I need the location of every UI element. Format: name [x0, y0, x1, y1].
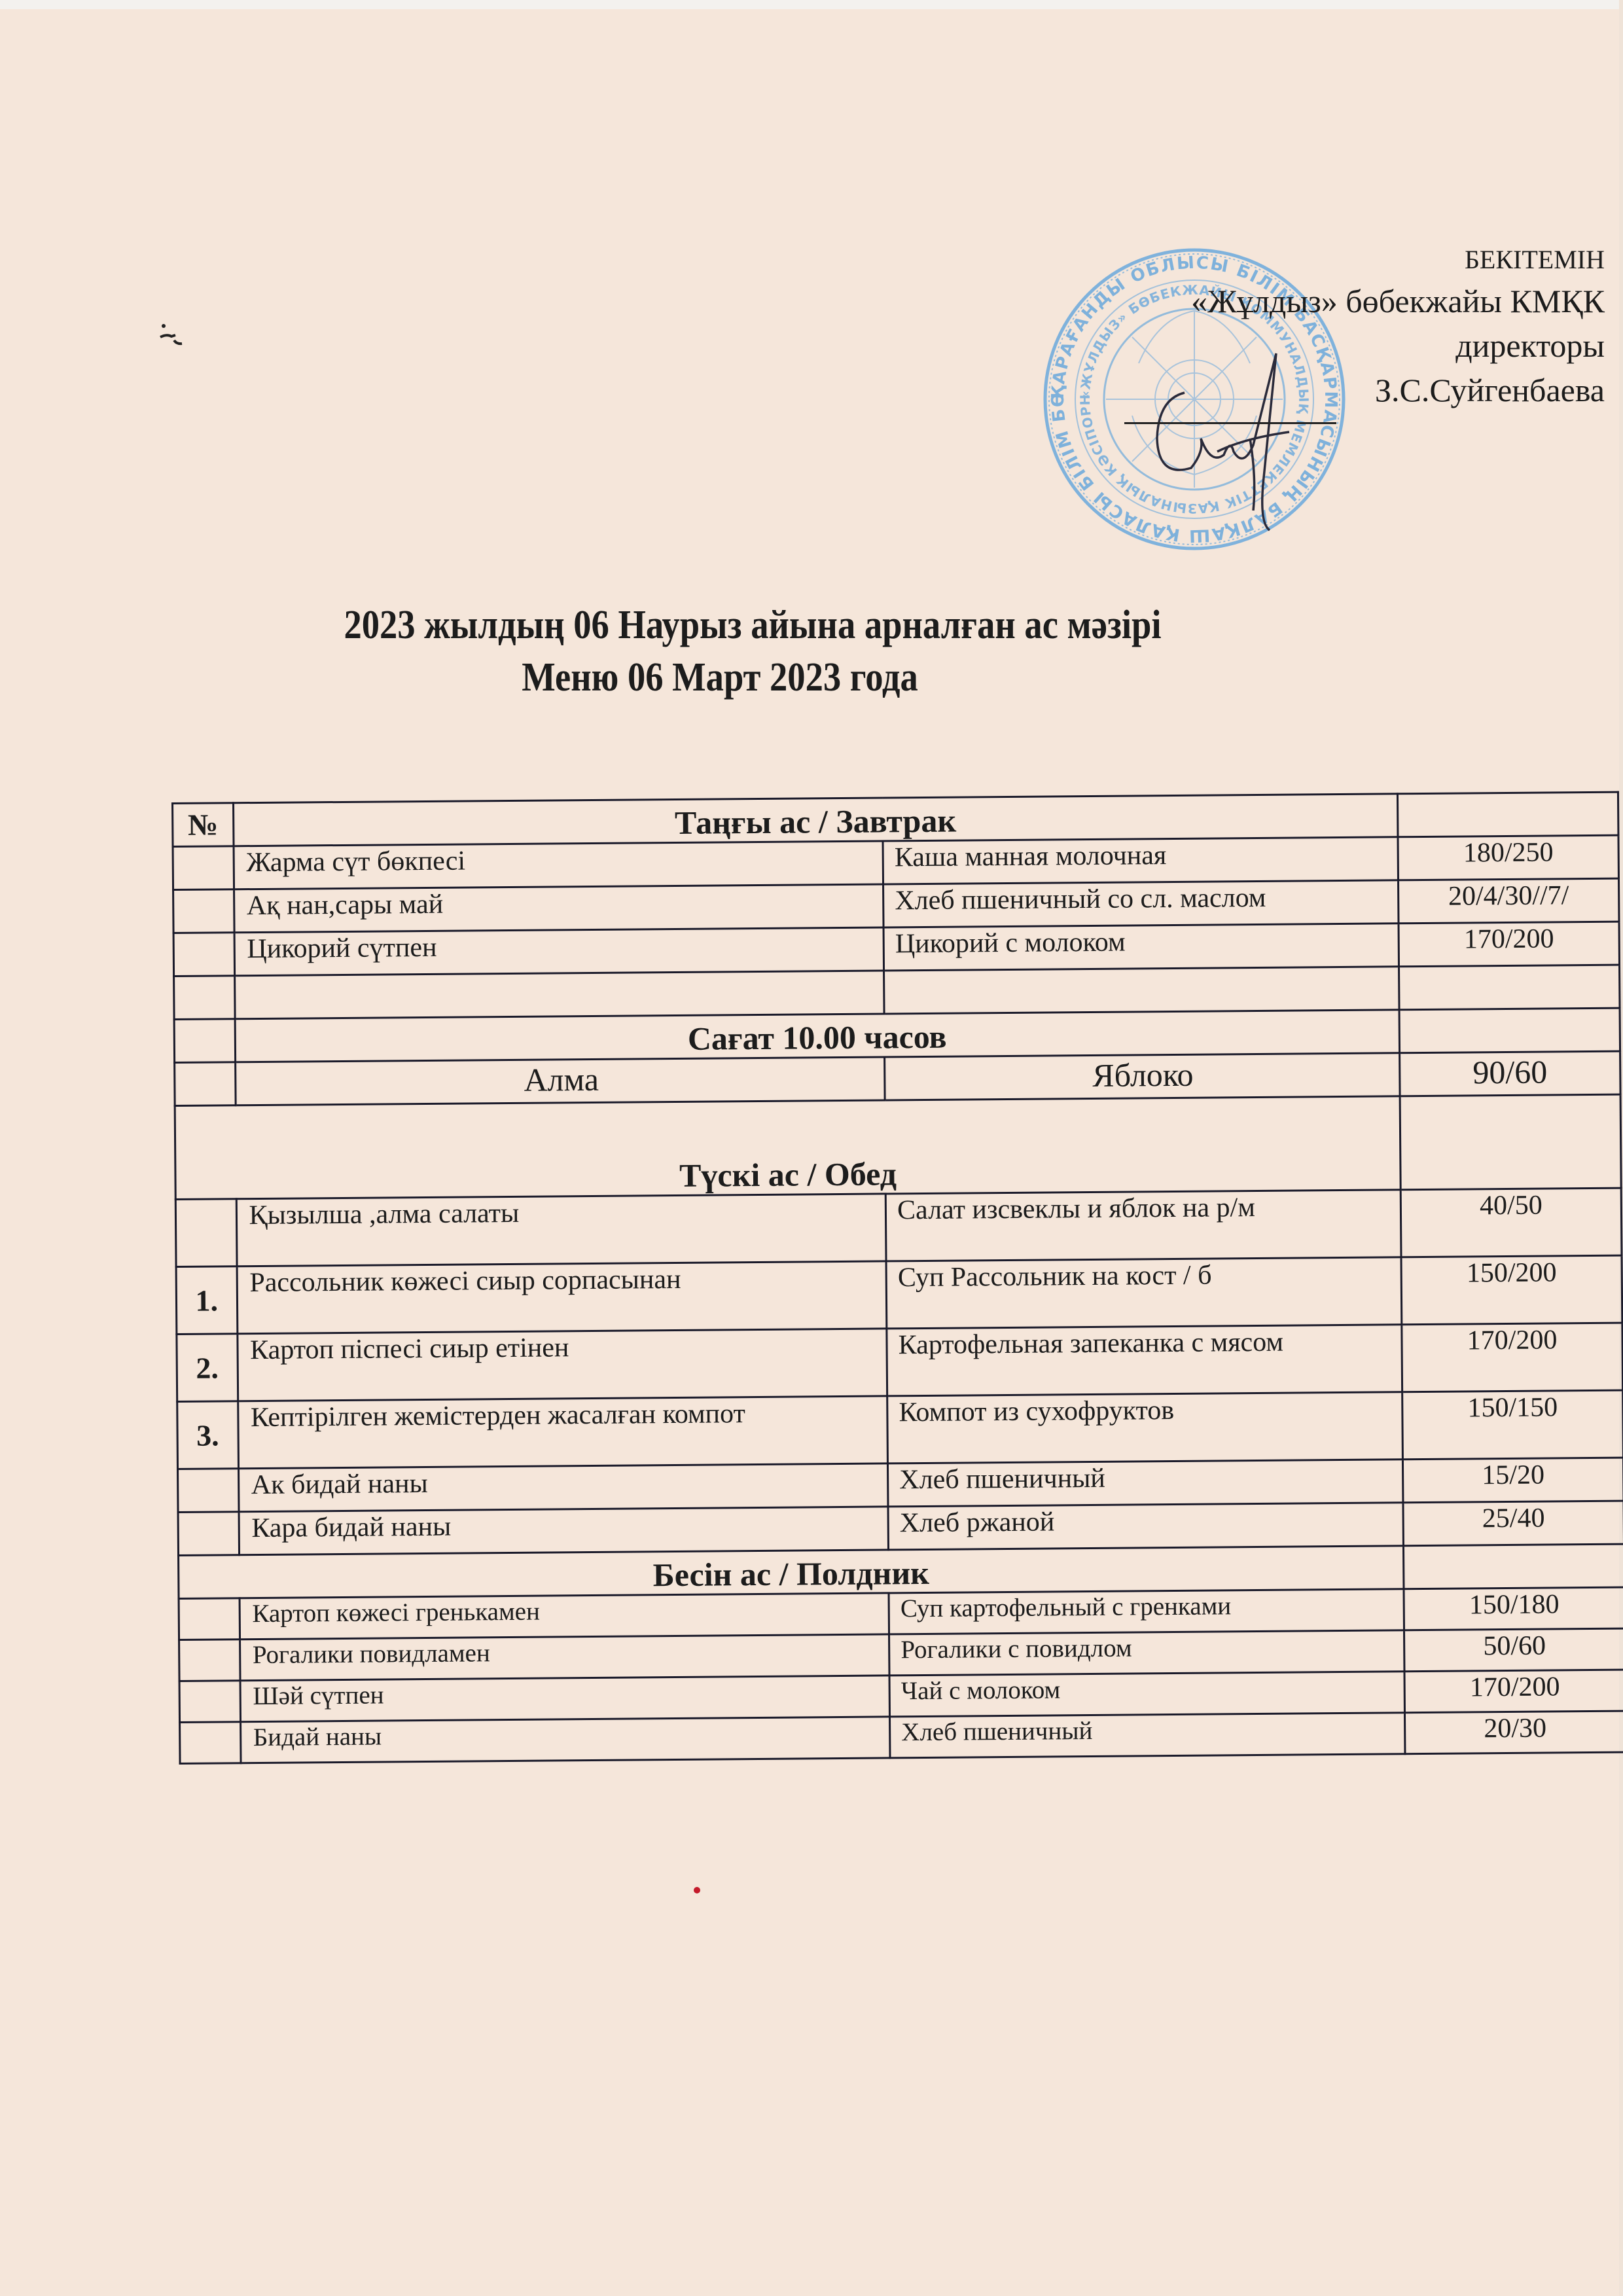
page-title-kz: 2023 жылдың 06 Наурыз айына арналған ас …: [39, 602, 1467, 649]
section-title: Түскі ас / Обед: [175, 1096, 1400, 1200]
quantity-cell: [1397, 792, 1618, 837]
dish-name-kz: Шәй сүтпен: [240, 1676, 890, 1722]
portion-grams: 20/30: [1405, 1711, 1623, 1754]
portion-grams: 20/4/30//7/: [1399, 878, 1619, 924]
dish-name-ru: Хлеб пшеничный: [890, 1713, 1405, 1758]
dish-name-kz: Қызылша ,алма салаты: [236, 1194, 886, 1266]
dish-name-kz: Кара бидай наны: [239, 1507, 889, 1555]
item-number: [180, 1722, 241, 1764]
menu-row: Қызылша ,алма салатыСалат изсвеклы и ябл…: [175, 1188, 1622, 1266]
portion-grams: 90/60: [1400, 1051, 1620, 1096]
dish-name-ru: Компот из сухофруктов: [887, 1392, 1403, 1463]
dish-name-kz: Рассольник көжесі сиыр сорпасынан: [237, 1261, 887, 1334]
approval-block: БЕКІТЕМІН «Жұлдыз» бөбекжайы КМҚК директ…: [1191, 241, 1605, 412]
scan-edge-top: [0, 0, 1623, 9]
dish-name-kz: Ақ нан,сары май: [234, 884, 883, 933]
menu-row: 1.Рассольник көжесі сиыр сорпасынанСуп Р…: [176, 1255, 1622, 1334]
portion-grams: 150/150: [1402, 1390, 1623, 1460]
dish-name-ru: Рогалики с повидлом: [889, 1630, 1404, 1676]
portion-grams: 170/200: [1402, 1323, 1623, 1392]
item-number: [179, 1681, 240, 1723]
dish-name-kz: Картоп піспесі сиыр етінен: [238, 1329, 887, 1401]
scan-artifact: [157, 321, 196, 347]
number-cell: [174, 1019, 235, 1063]
approval-heading: БЕКІТЕМІН: [1191, 241, 1605, 279]
signature-line: [1124, 422, 1336, 424]
item-number: [173, 889, 234, 933]
dish-name-kz: Жарма сүт бөкпесі: [234, 841, 883, 889]
item-number: [177, 1469, 238, 1513]
dish-name-kz: [234, 971, 884, 1019]
item-number: [173, 846, 234, 890]
approval-name: З.С.Суйгенбаева: [1191, 368, 1605, 412]
item-number: [175, 1062, 236, 1106]
item-number: 1.: [176, 1266, 237, 1335]
dish-name-kz: Рогалики повидламен: [240, 1634, 889, 1681]
dish-name-ru: Салат изсвеклы и яблок на р/м: [885, 1190, 1401, 1261]
item-number: 3.: [177, 1401, 238, 1469]
item-number: [179, 1640, 240, 1681]
item-number: [175, 1199, 236, 1267]
item-number: 2.: [177, 1334, 238, 1402]
dish-name-ru: Суп картофельный с гренками: [889, 1589, 1404, 1634]
dish-name-ru: Хлеб ржаной: [888, 1503, 1403, 1550]
quantity-cell: [1399, 1008, 1620, 1053]
item-number: [174, 976, 235, 1020]
dish-name-ru: Цикорий с молоком: [883, 924, 1399, 971]
dish-name-kz: Ак бидай наны: [238, 1463, 888, 1512]
approval-position: директоры: [1191, 323, 1605, 368]
portion-grams: 180/250: [1398, 835, 1618, 880]
dish-name-ru: Суп Рассольник на кост / б: [886, 1257, 1402, 1329]
menu-row: 2.Картоп піспесі сиыр етіненКартофельная…: [177, 1323, 1623, 1401]
page-title-ru: Меню 06 Март 2023 года: [6, 655, 1434, 701]
dish-name-kz: Бидай наны: [240, 1717, 890, 1763]
dish-name-kz: Алма: [235, 1057, 885, 1105]
portion-grams: 150/180: [1404, 1587, 1623, 1630]
dish-name-ru: Хлеб пшеничный: [888, 1460, 1403, 1507]
quantity-cell: [1404, 1544, 1623, 1589]
portion-grams: 150/200: [1401, 1255, 1622, 1325]
dish-name-ru: Чай с молоком: [889, 1672, 1404, 1717]
item-number: [173, 933, 234, 977]
dish-name-ru: [884, 967, 1399, 1014]
approval-organization: «Жұлдыз» бөбекжайы КМҚК: [1191, 279, 1605, 323]
number-column-header: №: [173, 803, 234, 847]
portion-grams: 170/200: [1399, 922, 1619, 967]
dish-name-kz: Цикорий сүтпен: [234, 927, 884, 976]
dish-name-ru: Каша манная молочная: [883, 837, 1398, 884]
quantity-cell: [1400, 1094, 1621, 1190]
dish-name-ru: Картофельная запеканка с мясом: [887, 1325, 1402, 1396]
dish-name-ru: Яблоко: [885, 1053, 1400, 1100]
portion-grams: 50/60: [1404, 1628, 1623, 1672]
dish-name-kz: Кептірілген жемістерден жасалған компот: [238, 1396, 887, 1469]
portion-grams: 170/200: [1404, 1670, 1623, 1713]
portion-grams: 15/20: [1402, 1458, 1623, 1503]
menu-table: №Таңғы ас / ЗавтракЖарма сүт бөкпесіКаша…: [171, 791, 1623, 1765]
portion-grams: 40/50: [1400, 1188, 1622, 1257]
section-header-lunch: Түскі ас / Обед: [175, 1094, 1621, 1199]
item-number: [178, 1512, 239, 1556]
ink-dot: [694, 1887, 700, 1893]
dish-name-ru: Хлеб пшеничный со сл. маслом: [883, 880, 1399, 927]
item-number: [179, 1598, 240, 1640]
portion-grams: [1399, 965, 1620, 1010]
portion-grams: 25/40: [1403, 1501, 1623, 1546]
menu-row: 3.Кептірілген жемістерден жасалған компо…: [177, 1390, 1623, 1469]
dish-name-kz: Картоп көжесі гренькамен: [240, 1593, 889, 1640]
